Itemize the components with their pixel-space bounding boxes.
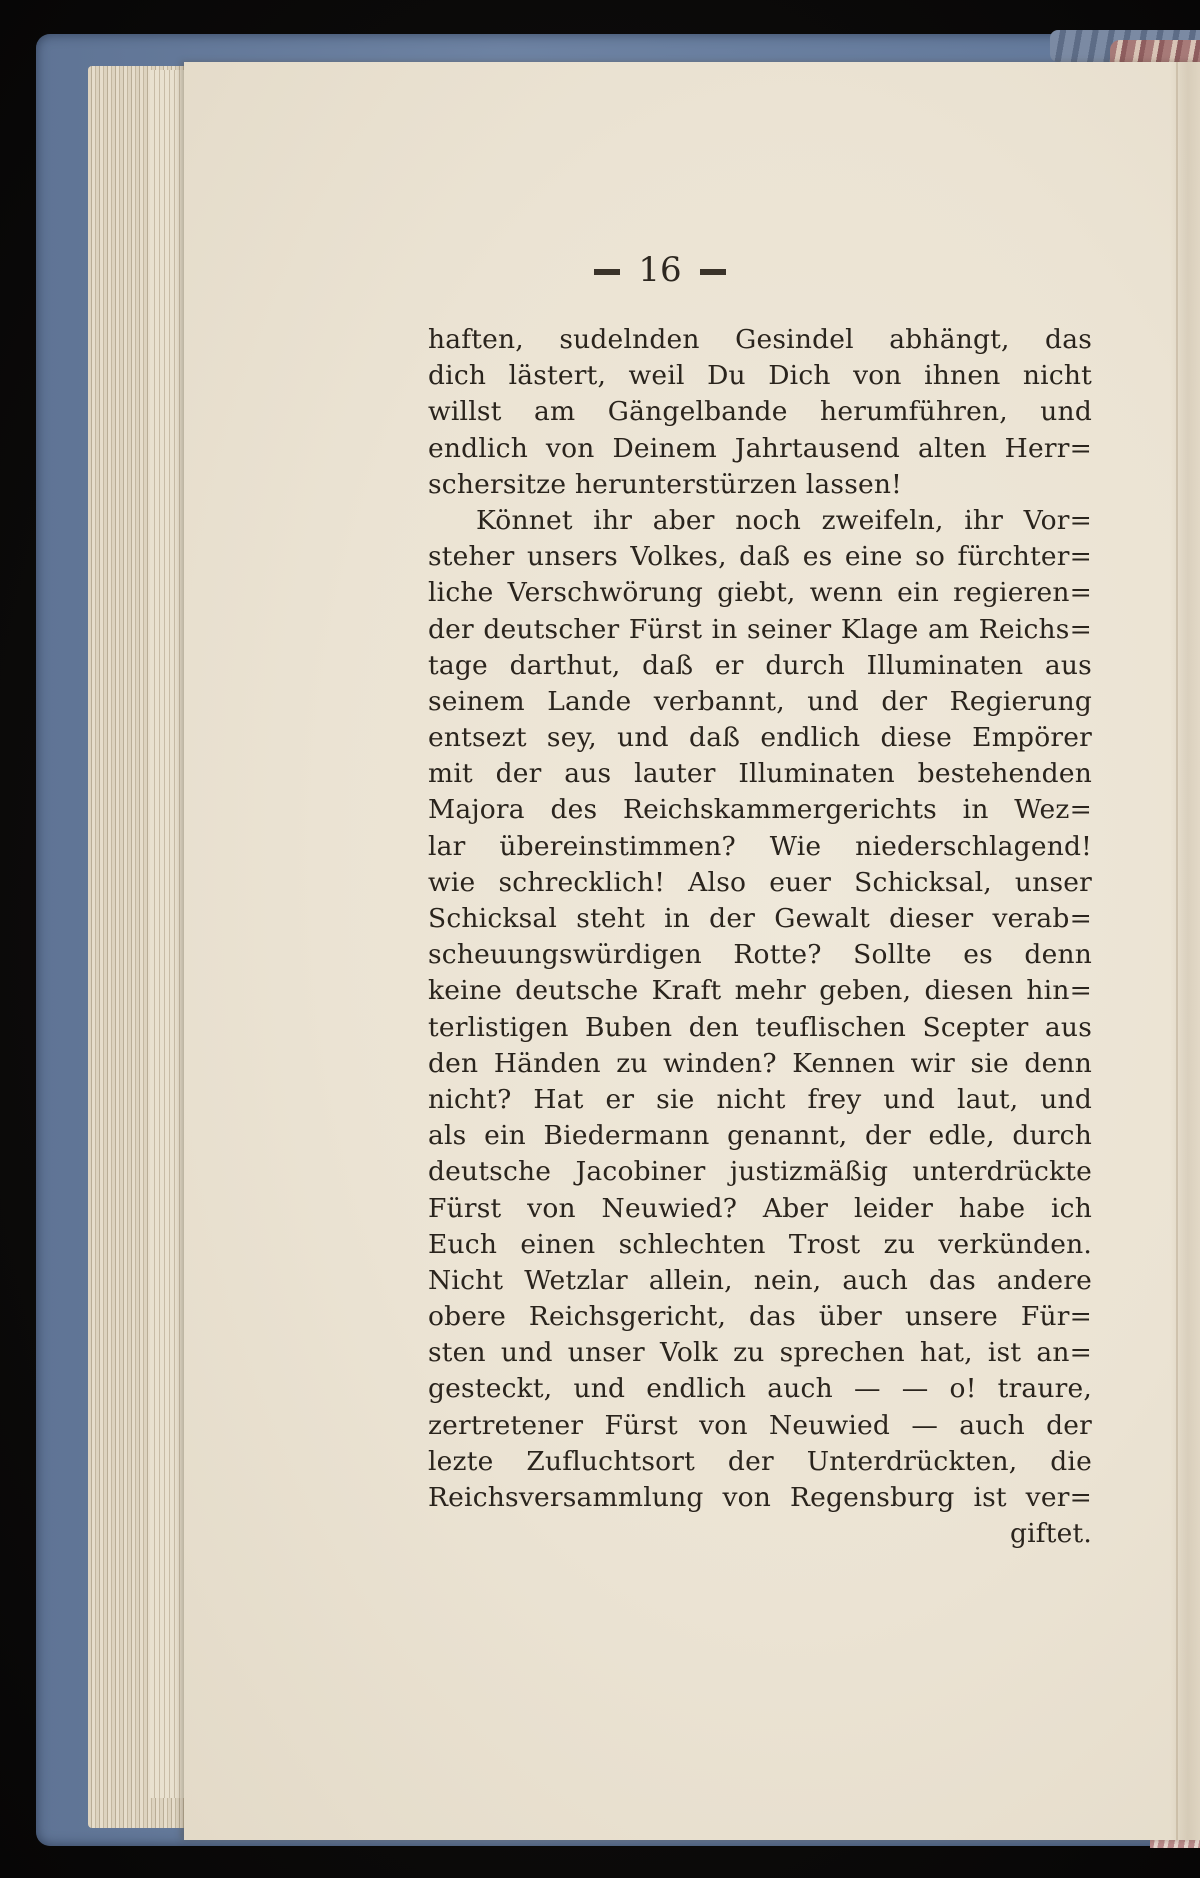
text-line: Euch einen schlechten Trost zu verkünden… <box>428 1227 1092 1263</box>
text-line: deutsche Jacobiner justizmäßig unterdrüc… <box>428 1154 1092 1190</box>
text-line: haften, sudelnden Gesindel abhängt, das <box>428 322 1092 358</box>
text-line-paragraph-start: Könnet ihr aber noch zweifeln, ihr Vor= <box>428 503 1092 539</box>
text-line: zertretener Fürst von Neuwied — auch der <box>428 1408 1092 1444</box>
text-line: lezte Zufluchtsort der Unterdrückten, di… <box>428 1444 1092 1480</box>
text-line: nicht? Hat er sie nicht frey und laut, u… <box>428 1082 1092 1118</box>
text-line: tage darthut, daß er durch Illuminaten a… <box>428 648 1092 684</box>
text-line: keine deutsche Kraft mehr geben, diesen … <box>428 973 1092 1009</box>
text-line: scheuungswürdigen Rotte? Sollte es denn <box>428 937 1092 973</box>
text-line: mit der aus lauter Illuminaten bestehend… <box>428 756 1092 792</box>
text-line: steher unsers Volkes, daß es eine so für… <box>428 539 1092 575</box>
text-line: Fürst von Neuwied? Aber leider habe ich <box>428 1191 1092 1227</box>
headband-red-thread <box>1110 40 1200 62</box>
text-line: sten und unser Volk zu sprechen hat, ist… <box>428 1335 1092 1371</box>
text-line: dich lästert, weil Du Dich von ihnen nic… <box>428 358 1092 394</box>
text-line: Nicht Wetzlar allein, nein, auch das and… <box>428 1263 1092 1299</box>
page-header: 16 <box>470 250 850 290</box>
text-line: endlich von Deinem Jahrtausend alten Her… <box>428 431 1092 467</box>
text-line: Reichsversammlung von Regensburg ist ver… <box>428 1480 1092 1516</box>
text-line: als ein Biedermann genannt, der edle, du… <box>428 1118 1092 1154</box>
text-line: Majora des Reichskammergerichts in Wez= <box>428 792 1092 828</box>
text-line: liche Verschwörung giebt, wenn ein regie… <box>428 575 1092 611</box>
text-line: willst am Gängelbande herumführen, und <box>428 394 1092 430</box>
gutter-fold <box>1176 62 1178 1840</box>
gutter-shadow <box>1170 62 1200 1840</box>
text-line: entsezt sey, und daß endlich diese Empör… <box>428 720 1092 756</box>
text-line: obere Reichsgericht, das über unsere Für… <box>428 1299 1092 1335</box>
page-number-dash-left <box>594 269 620 275</box>
text-line: Schicksal steht in der Gewalt dieser ver… <box>428 901 1092 937</box>
text-line: schersitze herunterstürzen lassen! <box>428 467 1092 503</box>
text-line-final: giftet. <box>428 1516 1092 1552</box>
text-line: seinem Lande verbannt, und der Regierung <box>428 684 1092 720</box>
page-number-dash-right <box>700 269 726 275</box>
text-line: terlistigen Buben den teuflischen Scepte… <box>428 1010 1092 1046</box>
text-line: gesteckt, und endlich auch — — o! traure… <box>428 1371 1092 1407</box>
text-line: den Händen zu winden? Kennen wir sie den… <box>428 1046 1092 1082</box>
text-line: lar übereinstimmen? Wie niederschlagend! <box>428 829 1092 865</box>
page-number: 16 <box>638 250 681 290</box>
text-line: der deutscher Fürst in seiner Klage am R… <box>428 612 1092 648</box>
body-text: haften, sudelnden Gesindel abhängt, das … <box>428 322 1092 1552</box>
text-line: wie schrecklich! Also euer Schicksal, un… <box>428 865 1092 901</box>
